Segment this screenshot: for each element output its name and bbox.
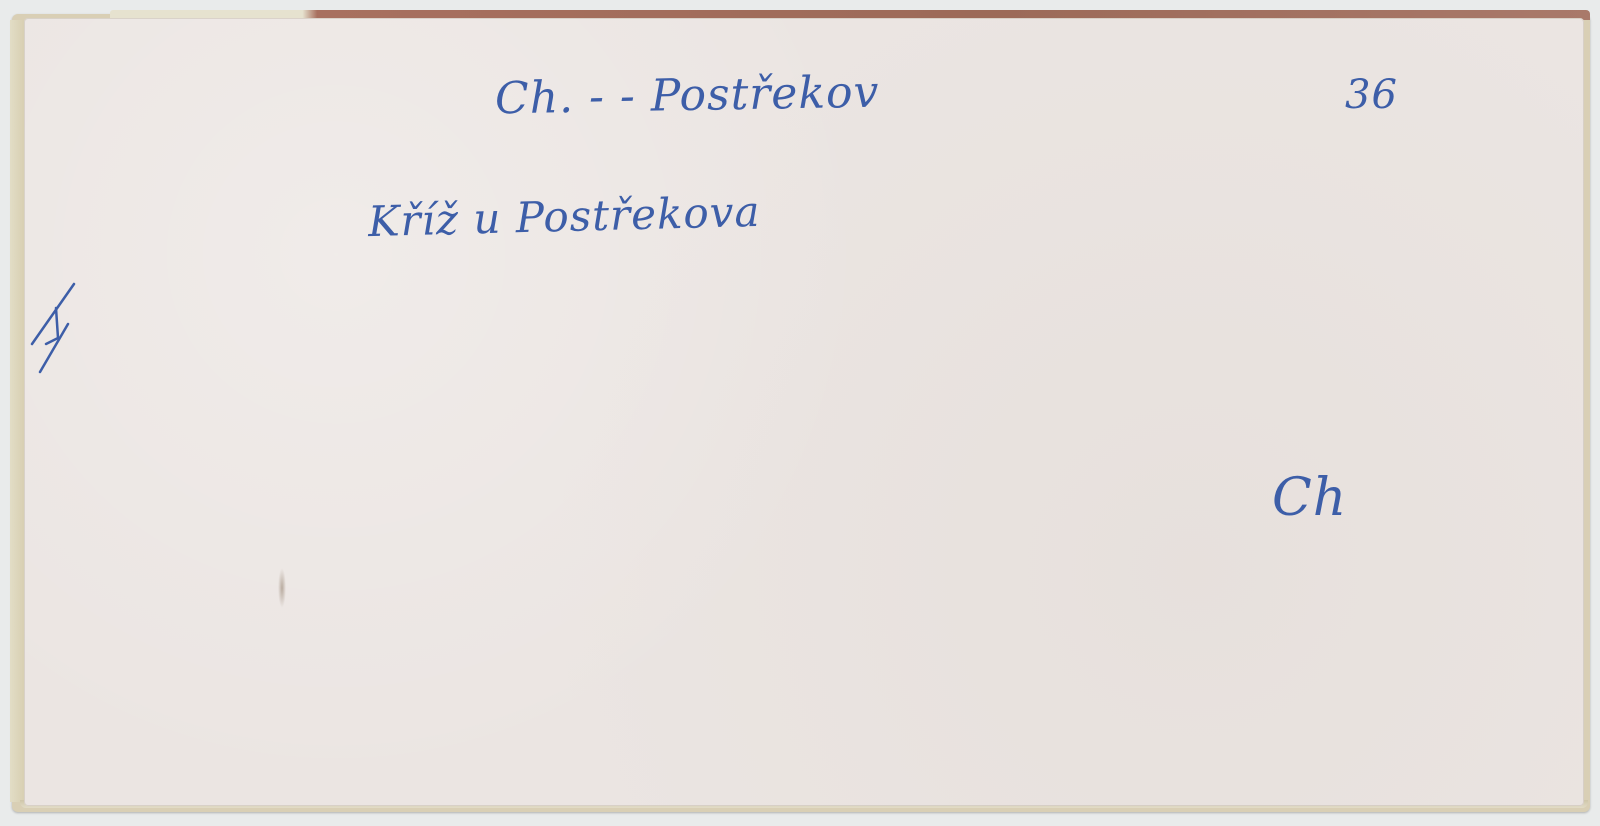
scanned-card: Ch. - - Postřekov 36 Kříž u Postřekova C… — [0, 0, 1600, 826]
handwritten-initials: Ch — [1272, 468, 1347, 528]
card-back — [24, 18, 1584, 806]
handwritten-caption: Kříž u Postřekova — [367, 187, 761, 246]
left-card-edge — [10, 20, 24, 802]
handwritten-heading: Ch. - - Postřekov — [495, 67, 880, 125]
paper-stain — [278, 568, 286, 608]
margin-mark-icon — [28, 282, 78, 374]
handwritten-number: 36 — [1345, 72, 1398, 118]
